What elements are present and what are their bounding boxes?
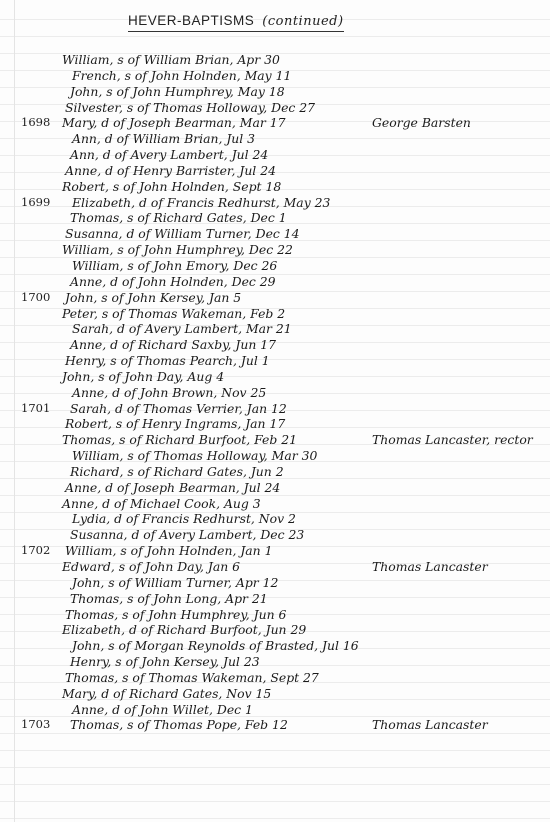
entry-text: Henry, s of Thomas Pearch, Jul 1: [65, 353, 270, 369]
entry-year: 1698: [21, 115, 50, 131]
entry-text: John, s of John Day, Aug 4: [62, 369, 224, 385]
baptism-entry: 1703Thomas, s of Thomas Pope, Feb 12Thom…: [0, 717, 550, 733]
entry-text: Ann, d of William Brian, Jul 3: [72, 131, 255, 147]
entry-text: Silvester, s of Thomas Holloway, Dec 27: [65, 100, 315, 116]
baptism-entry: Silvester, s of Thomas Holloway, Dec 27: [0, 100, 550, 116]
entry-text: Anne, d of Henry Barrister, Jul 24: [65, 163, 276, 179]
entry-text: Thomas, s of Thomas Pope, Feb 12: [70, 717, 288, 733]
baptism-entry: William, s of William Brian, Apr 30: [0, 52, 550, 68]
baptism-entry: Henry, s of Thomas Pearch, Jul 1: [0, 353, 550, 369]
title-text: HEVER-BAPTISMS: [128, 13, 254, 28]
entry-text: Mary, d of Joseph Bearman, Mar 17: [62, 115, 286, 131]
baptism-entry: Ann, d of Avery Lambert, Jul 24: [0, 147, 550, 163]
entry-text: Anne, d of Richard Saxby, Jun 17: [70, 337, 276, 353]
entry-text: John, s of Morgan Reynolds of Brasted, J…: [72, 638, 359, 654]
entry-text: William, s of John Humphrey, Dec 22: [62, 242, 293, 258]
entry-text: Elizabeth, d of Richard Burfoot, Jun 29: [62, 622, 306, 638]
baptism-entry: Elizabeth, d of Richard Burfoot, Jun 29: [0, 622, 550, 638]
baptism-entry: Mary, d of Richard Gates, Nov 15: [0, 686, 550, 702]
entry-minister: Thomas Lancaster: [372, 559, 488, 575]
baptism-entry: Anne, d of Richard Saxby, Jun 17: [0, 337, 550, 353]
entry-text: Thomas, s of John Humphrey, Jun 6: [65, 607, 286, 623]
entry-text: Anne, d of Michael Cook, Aug 3: [62, 496, 261, 512]
baptism-entry: Anne, d of John Holnden, Dec 29: [0, 274, 550, 290]
baptism-entry: Richard, s of Richard Gates, Jun 2: [0, 464, 550, 480]
entry-text: John, s of William Turner, Apr 12: [72, 575, 278, 591]
notebook-page: HEVER-BAPTISMS(continued) William, s of …: [0, 0, 550, 822]
baptism-entry: William, s of John Humphrey, Dec 22: [0, 242, 550, 258]
entry-text: French, s of John Holnden, May 11: [72, 68, 291, 84]
baptism-entry: Edward, s of John Day, Jan 6Thomas Lanca…: [0, 559, 550, 575]
entry-text: Ann, d of Avery Lambert, Jul 24: [70, 147, 268, 163]
baptism-entry: 1702William, s of John Holnden, Jan 1: [0, 543, 550, 559]
entry-text: Thomas, s of Thomas Wakeman, Sept 27: [65, 670, 319, 686]
entry-text: William, s of John Holnden, Jan 1: [65, 543, 272, 559]
baptism-entry: Sarah, d of Avery Lambert, Mar 21: [0, 321, 550, 337]
entry-text: Anne, d of Joseph Bearman, Jul 24: [65, 480, 280, 496]
baptism-entry: Anne, d of Henry Barrister, Jul 24: [0, 163, 550, 179]
entry-text: William, s of Thomas Holloway, Mar 30: [72, 448, 317, 464]
baptism-entry: 1700John, s of John Kersey, Jan 5: [0, 290, 550, 306]
entry-text: Elizabeth, d of Francis Redhurst, May 23: [72, 195, 330, 211]
entry-year: 1701: [21, 401, 50, 417]
entry-minister: Thomas Lancaster, rector: [372, 432, 533, 448]
entry-text: Henry, s of John Kersey, Jul 23: [70, 654, 260, 670]
entry-text: Thomas, s of Richard Gates, Dec 1: [70, 210, 287, 226]
baptism-entry: 1701Sarah, d of Thomas Verrier, Jan 12: [0, 401, 550, 417]
entry-minister: Thomas Lancaster: [372, 717, 488, 733]
entry-minister: George Barsten: [372, 115, 471, 131]
title-note: (continued): [262, 14, 343, 29]
entry-text: Anne, d of John Willet, Dec 1: [72, 702, 253, 718]
entry-text: Thomas, s of John Long, Apr 21: [70, 591, 268, 607]
baptism-entry: 1699Elizabeth, d of Francis Redhurst, Ma…: [0, 195, 550, 211]
baptism-entry: Susanna, d of William Turner, Dec 14: [0, 226, 550, 242]
entry-text: Anne, d of John Brown, Nov 25: [72, 385, 266, 401]
baptism-entry: Anne, d of John Brown, Nov 25: [0, 385, 550, 401]
baptism-entry: Thomas, s of Richard Gates, Dec 1: [0, 210, 550, 226]
baptism-entry: Anne, d of Joseph Bearman, Jul 24: [0, 480, 550, 496]
entry-text: Susanna, d of Avery Lambert, Dec 23: [70, 527, 304, 543]
baptism-entry: Peter, s of Thomas Wakeman, Feb 2: [0, 306, 550, 322]
baptism-entry: Henry, s of John Kersey, Jul 23: [0, 654, 550, 670]
entry-text: Robert, s of Henry Ingrams, Jan 17: [65, 416, 285, 432]
baptism-entry: John, s of Morgan Reynolds of Brasted, J…: [0, 638, 550, 654]
entry-year: 1702: [21, 543, 50, 559]
baptism-entry: Susanna, d of Avery Lambert, Dec 23: [0, 527, 550, 543]
entry-text: Peter, s of Thomas Wakeman, Feb 2: [62, 306, 285, 322]
entry-text: William, s of John Emory, Dec 26: [72, 258, 277, 274]
entry-text: Lydia, d of Francis Redhurst, Nov 2: [72, 511, 296, 527]
entry-text: John, s of John Kersey, Jan 5: [65, 290, 241, 306]
entry-text: Mary, d of Richard Gates, Nov 15: [62, 686, 271, 702]
baptism-entry: 1698Mary, d of Joseph Bearman, Mar 17Geo…: [0, 115, 550, 131]
entry-text: Anne, d of John Holnden, Dec 29: [70, 274, 276, 290]
baptism-entry: John, s of William Turner, Apr 12: [0, 575, 550, 591]
baptism-entry: Thomas, s of John Humphrey, Jun 6: [0, 607, 550, 623]
entry-text: Susanna, d of William Turner, Dec 14: [65, 226, 300, 242]
baptism-entry: William, s of Thomas Holloway, Mar 30: [0, 448, 550, 464]
baptism-entry: Robert, s of John Holnden, Sept 18: [0, 179, 550, 195]
baptism-entry: William, s of John Emory, Dec 26: [0, 258, 550, 274]
entry-year: 1703: [21, 717, 50, 733]
baptism-entry: Thomas, s of Thomas Wakeman, Sept 27: [0, 670, 550, 686]
baptism-entries: William, s of William Brian, Apr 30Frenc…: [0, 52, 550, 733]
entry-text: Sarah, d of Thomas Verrier, Jan 12: [70, 401, 287, 417]
baptism-entry: French, s of John Holnden, May 11: [0, 68, 550, 84]
baptism-entry: Anne, d of Michael Cook, Aug 3: [0, 496, 550, 512]
baptism-entry: John, s of John Humphrey, May 18: [0, 84, 550, 100]
entry-text: Richard, s of Richard Gates, Jun 2: [70, 464, 284, 480]
baptism-entry: Lydia, d of Francis Redhurst, Nov 2: [0, 511, 550, 527]
baptism-entry: Thomas, s of Richard Burfoot, Feb 21Thom…: [0, 432, 550, 448]
baptism-entry: Thomas, s of John Long, Apr 21: [0, 591, 550, 607]
baptism-entry: Anne, d of John Willet, Dec 1: [0, 702, 550, 718]
entry-text: William, s of William Brian, Apr 30: [62, 52, 280, 68]
entry-text: Thomas, s of Richard Burfoot, Feb 21: [62, 432, 297, 448]
entry-text: Edward, s of John Day, Jan 6: [62, 559, 240, 575]
entry-year: 1699: [21, 195, 50, 211]
page-title: HEVER-BAPTISMS(continued): [128, 13, 344, 32]
entry-text: Sarah, d of Avery Lambert, Mar 21: [72, 321, 292, 337]
baptism-entry: Robert, s of Henry Ingrams, Jan 17: [0, 416, 550, 432]
entry-text: Robert, s of John Holnden, Sept 18: [62, 179, 281, 195]
entry-year: 1700: [21, 290, 50, 306]
baptism-entry: John, s of John Day, Aug 4: [0, 369, 550, 385]
baptism-entry: Ann, d of William Brian, Jul 3: [0, 131, 550, 147]
entry-text: John, s of John Humphrey, May 18: [70, 84, 285, 100]
